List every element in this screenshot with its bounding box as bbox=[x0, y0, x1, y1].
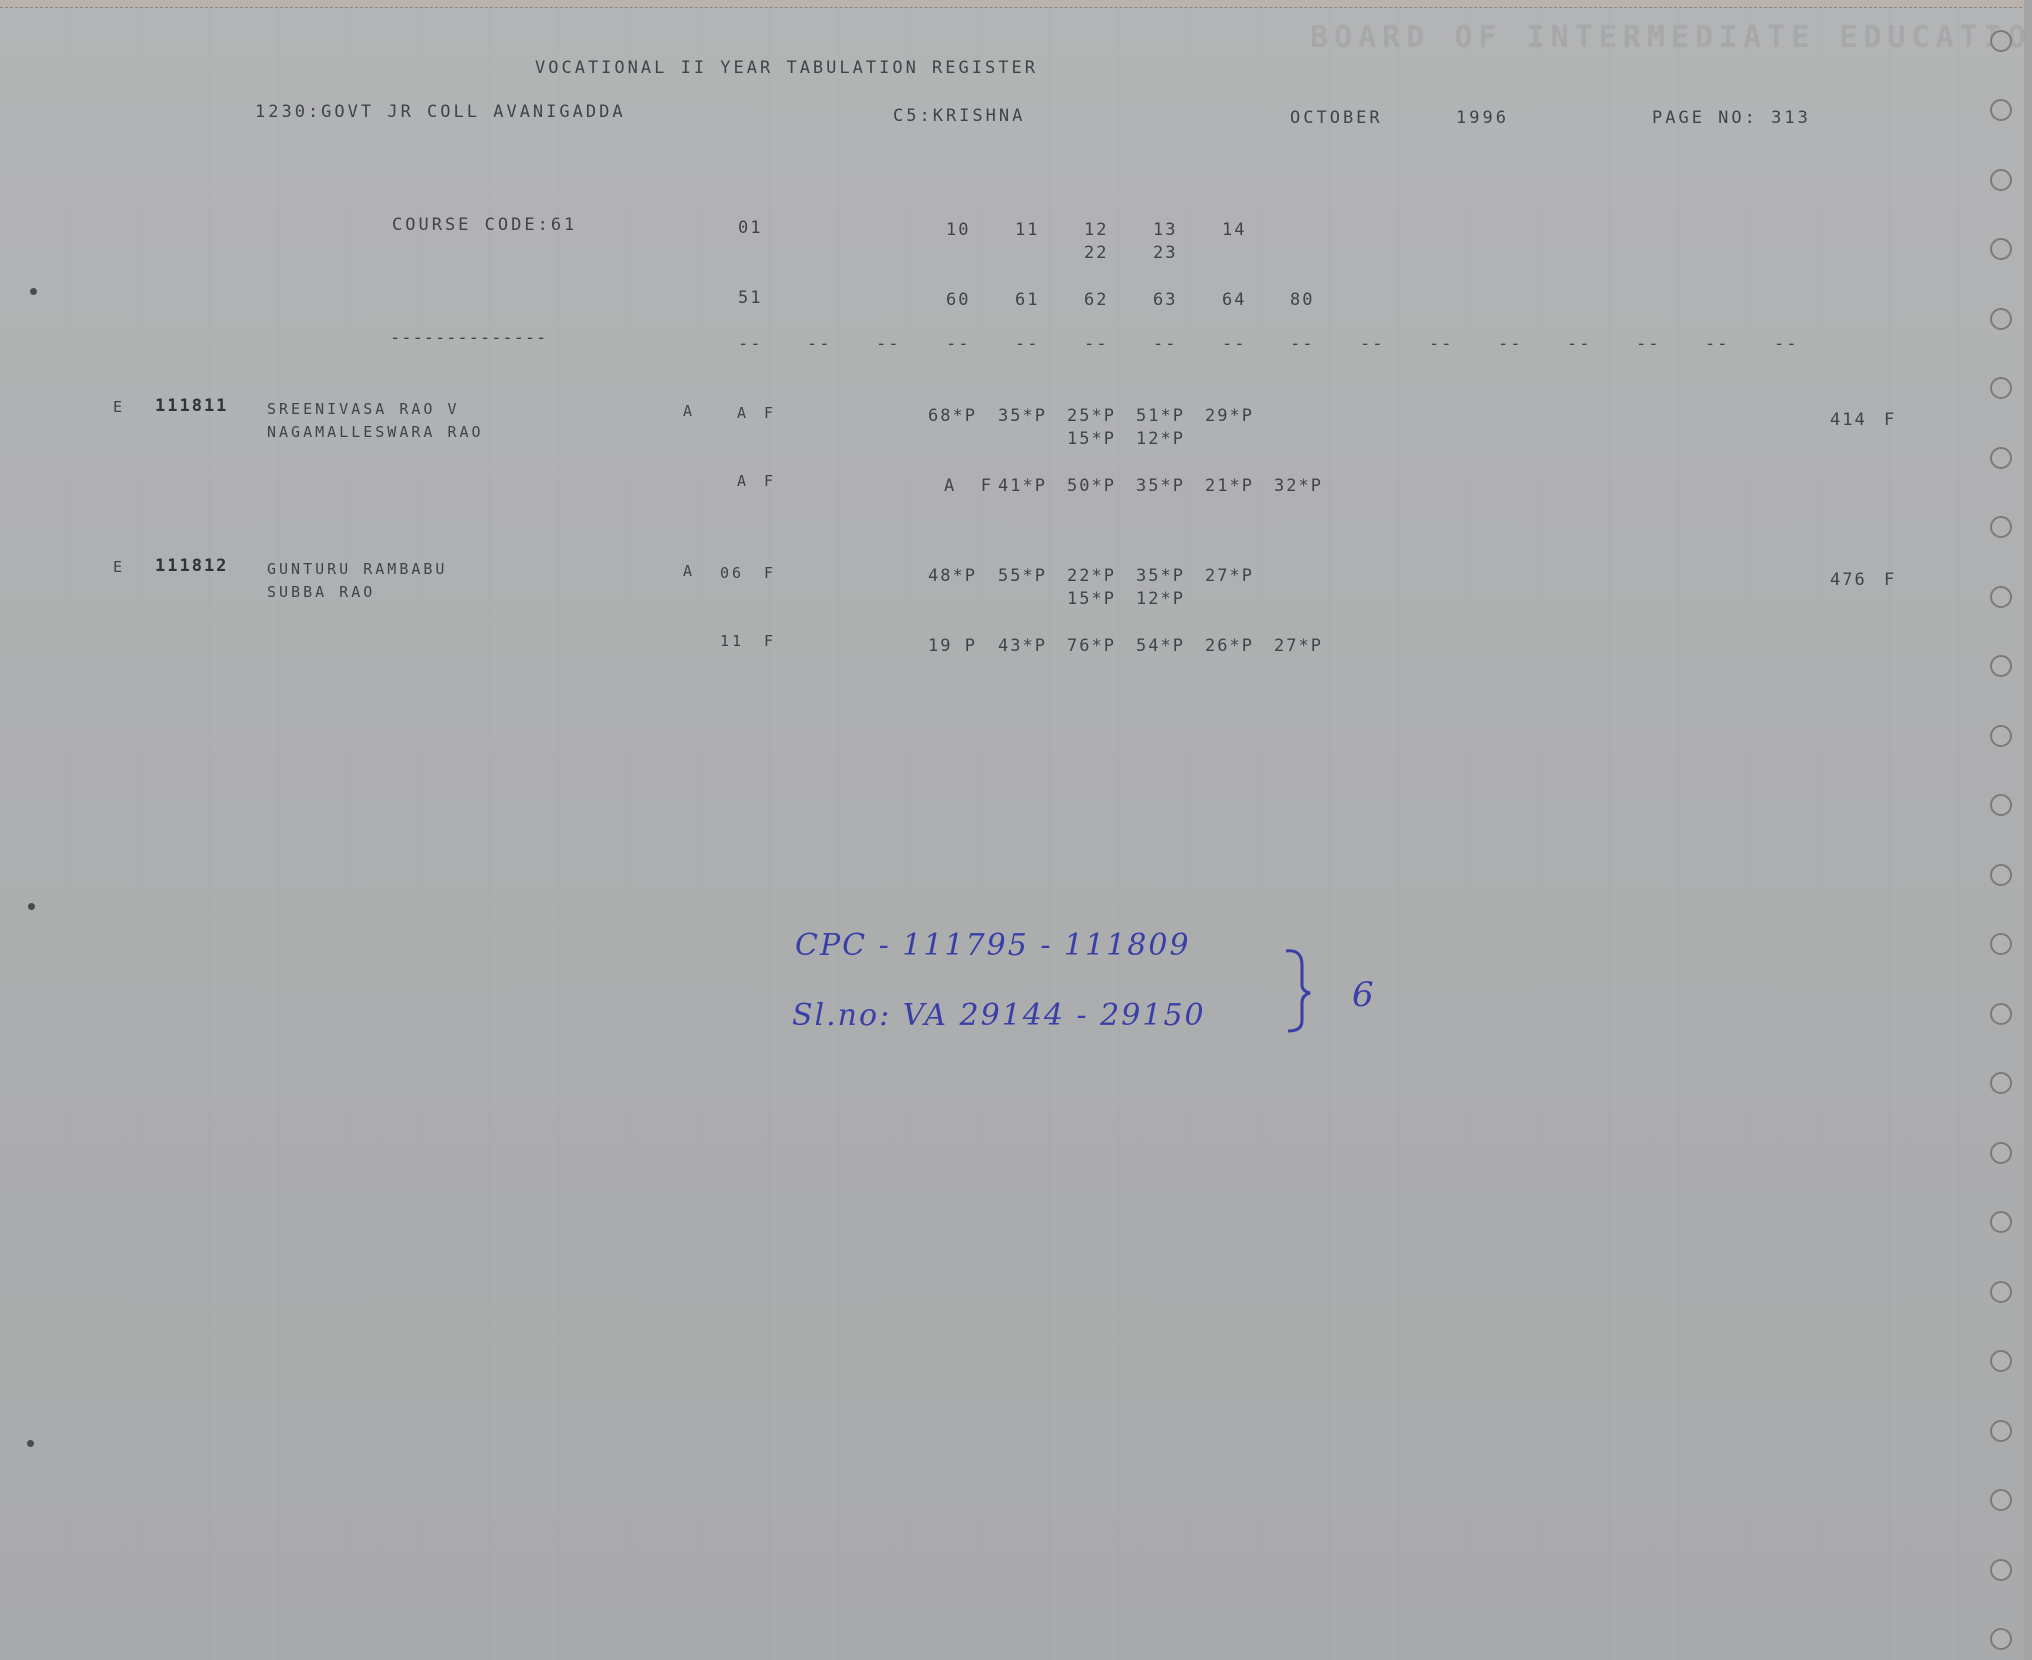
parent-name: SUBBA RAO bbox=[267, 583, 375, 601]
sprocket-hole bbox=[1990, 1350, 2012, 1372]
column-rule: -- bbox=[876, 334, 900, 354]
handwritten-count: 6 bbox=[1352, 975, 1376, 1015]
sprocket-hole bbox=[1990, 447, 2012, 469]
mark-13: 51*P bbox=[1136, 406, 1185, 426]
mark-60: 19 P bbox=[928, 636, 977, 656]
sprocket-hole bbox=[1990, 308, 2012, 330]
college-name: 1230:GOVT JR COLL AVANIGADDA bbox=[255, 102, 626, 122]
register-title: VOCATIONAL II YEAR TABULATION REGISTER bbox=[535, 58, 1038, 78]
subject-code-10: 10 bbox=[946, 220, 970, 240]
total-result: F bbox=[1884, 410, 1896, 430]
mark-10: 68*P bbox=[928, 406, 977, 426]
exam-year: 1996 bbox=[1456, 108, 1509, 128]
sprocket-hole bbox=[1990, 933, 2012, 955]
grand-total: 476 bbox=[1830, 570, 1867, 590]
sprocket-hole bbox=[1990, 516, 2012, 538]
column-rule: -- bbox=[1705, 334, 1729, 354]
student-status: A bbox=[683, 562, 695, 580]
column-rule: -- bbox=[1084, 334, 1108, 354]
mark-62: 50*P bbox=[1067, 476, 1116, 496]
subject-code-51: 51 bbox=[738, 288, 762, 308]
brace-icon bbox=[1280, 945, 1320, 1035]
column-rule: -- bbox=[1222, 334, 1246, 354]
column-rule: -- bbox=[1290, 334, 1314, 354]
sprocket-hole bbox=[1990, 794, 2012, 816]
student-status: A bbox=[683, 402, 695, 420]
mark-23: 12*P bbox=[1136, 429, 1185, 449]
sprocket-hole bbox=[1990, 655, 2012, 677]
column-rule: -- bbox=[1498, 334, 1522, 354]
column-rule: -- bbox=[1360, 334, 1384, 354]
hall-ticket-number: 111811 bbox=[155, 396, 228, 416]
column-rule: -- bbox=[738, 334, 762, 354]
mark-12: 22*P bbox=[1067, 566, 1116, 586]
parent-name: NAGAMALLESWARA RAO bbox=[267, 423, 484, 441]
edge-mark bbox=[28, 903, 35, 910]
sprocket-hole bbox=[1990, 377, 2012, 399]
subject-51-mark: A bbox=[737, 472, 749, 490]
student-name: GUNTURU RAMBABU bbox=[267, 560, 447, 578]
edge-mark bbox=[30, 288, 37, 295]
mark-60: A F bbox=[944, 476, 993, 496]
course-code: COURSE CODE:61 bbox=[392, 215, 577, 235]
sprocket-hole bbox=[1990, 1628, 2012, 1650]
sprocket-hole bbox=[1990, 586, 2012, 608]
page-number: 313 bbox=[1771, 108, 1811, 128]
sprocket-hole bbox=[1990, 1281, 2012, 1303]
mark-13: 35*P bbox=[1136, 566, 1185, 586]
subject-01-result: F bbox=[764, 564, 776, 582]
grand-total: 414 bbox=[1830, 410, 1867, 430]
mark-14: 29*P bbox=[1205, 406, 1254, 426]
column-rule: -- bbox=[946, 334, 970, 354]
mark-80: 32*P bbox=[1274, 476, 1323, 496]
mark-62: 76*P bbox=[1067, 636, 1116, 656]
exam-month: OCTOBER bbox=[1290, 108, 1383, 128]
name-column-rule: -------------- bbox=[390, 328, 547, 348]
mark-61: 41*P bbox=[998, 476, 1047, 496]
subject-01-mark: A bbox=[737, 404, 749, 422]
column-rule: -- bbox=[1636, 334, 1660, 354]
mark-22: 15*P bbox=[1067, 589, 1116, 609]
subject-code-13: 13 bbox=[1153, 220, 1177, 240]
column-rule: -- bbox=[1015, 334, 1039, 354]
subject-01-mark: 06 bbox=[720, 564, 744, 582]
tabulation-sheet bbox=[0, 6, 2032, 1660]
subject-code-01: 01 bbox=[738, 218, 762, 238]
column-rule: -- bbox=[1153, 334, 1177, 354]
mark-14: 27*P bbox=[1205, 566, 1254, 586]
sprocket-hole bbox=[1990, 99, 2012, 121]
district: C5:KRISHNA bbox=[893, 106, 1025, 126]
subject-51-result: F bbox=[764, 472, 776, 490]
sprocket-hole bbox=[1990, 1420, 2012, 1442]
mark-12: 25*P bbox=[1067, 406, 1116, 426]
student-category: E bbox=[113, 398, 125, 416]
page-number-block: PAGE NO: 313 bbox=[1652, 108, 1811, 128]
hall-ticket-number: 111812 bbox=[155, 556, 228, 576]
sprocket-hole bbox=[1990, 238, 2012, 260]
mark-64: 21*P bbox=[1205, 476, 1254, 496]
sprocket-hole bbox=[1990, 1003, 2012, 1025]
subject-code-63: 63 bbox=[1153, 290, 1177, 310]
mark-22: 15*P bbox=[1067, 429, 1116, 449]
subject-code-12: 12 bbox=[1084, 220, 1108, 240]
subject-code-80: 80 bbox=[1290, 290, 1314, 310]
column-rule: -- bbox=[1774, 334, 1798, 354]
mark-64: 26*P bbox=[1205, 636, 1254, 656]
handwritten-serial-range: Sl.no: VA 29144 - 29150 bbox=[792, 998, 1206, 1033]
total-result: F bbox=[1884, 570, 1896, 590]
column-rule: -- bbox=[1567, 334, 1591, 354]
sprocket-hole bbox=[1990, 1559, 2012, 1581]
mark-61: 43*P bbox=[998, 636, 1047, 656]
subject-code-60: 60 bbox=[946, 290, 970, 310]
subject-code-64: 64 bbox=[1222, 290, 1246, 310]
mark-10: 48*P bbox=[928, 566, 977, 586]
mark-11: 55*P bbox=[998, 566, 1047, 586]
subject-01-result: F bbox=[764, 404, 776, 422]
column-rule: -- bbox=[1429, 334, 1453, 354]
column-rule: -- bbox=[807, 334, 831, 354]
sprocket-hole bbox=[1990, 1489, 2012, 1511]
mark-63: 54*P bbox=[1136, 636, 1185, 656]
student-category: E bbox=[113, 558, 125, 576]
mark-63: 35*P bbox=[1136, 476, 1185, 496]
sprocket-hole bbox=[1990, 864, 2012, 886]
perforated-top-edge bbox=[0, 0, 2032, 8]
subject-code-23: 23 bbox=[1153, 243, 1177, 263]
paper-right-edge bbox=[2024, 0, 2032, 1660]
student-name: SREENIVASA RAO V bbox=[267, 400, 460, 418]
subject-51-result: F bbox=[764, 632, 776, 650]
subject-code-61: 61 bbox=[1015, 290, 1039, 310]
page-label: PAGE NO: bbox=[1652, 108, 1758, 128]
subject-code-11: 11 bbox=[1015, 220, 1039, 240]
sprocket-hole bbox=[1990, 1211, 2012, 1233]
sprocket-hole bbox=[1990, 169, 2012, 191]
subject-code-62: 62 bbox=[1084, 290, 1108, 310]
subject-51-mark: 11 bbox=[720, 632, 744, 650]
sprocket-hole bbox=[1990, 30, 2012, 52]
mark-11: 35*P bbox=[998, 406, 1047, 426]
handwritten-cpc-range: CPC - 111795 - 111809 bbox=[795, 928, 1191, 963]
show-through-text: BOARD OF INTERMEDIATE EDUCATION bbox=[1310, 20, 2032, 55]
sprocket-hole bbox=[1990, 725, 2012, 747]
subject-code-22: 22 bbox=[1084, 243, 1108, 263]
edge-mark bbox=[27, 1440, 34, 1447]
subject-code-14: 14 bbox=[1222, 220, 1246, 240]
mark-23: 12*P bbox=[1136, 589, 1185, 609]
sprocket-hole bbox=[1990, 1072, 2012, 1094]
mark-80: 27*P bbox=[1274, 636, 1323, 656]
sprocket-hole bbox=[1990, 1142, 2012, 1164]
